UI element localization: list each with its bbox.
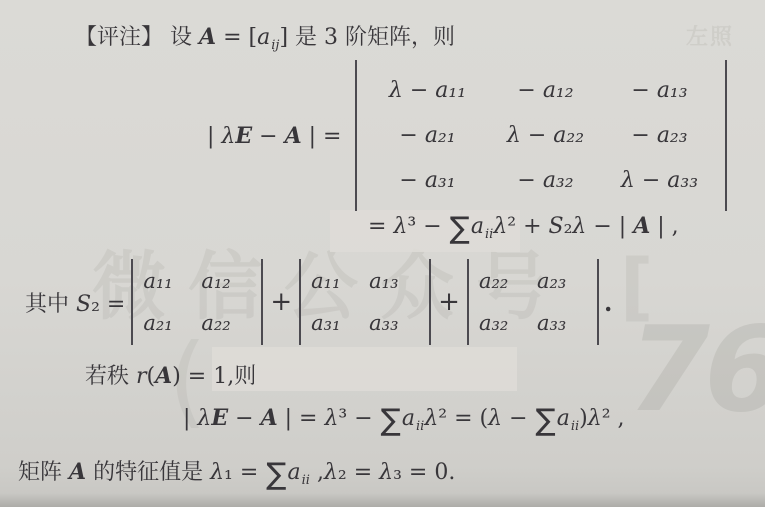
- char-poly-determinant-line: | λE − A | = λ − a₁₁ − a₁₂ − a₁₃ − a₂₁ λ…: [207, 60, 727, 211]
- s2-lhs: 其中 S₂ =: [25, 287, 125, 318]
- det-cell: − a₂₁: [399, 113, 455, 158]
- det-cell: − a₁₃: [631, 68, 687, 113]
- eigenvalues-line: 矩阵 A 的特征值是 λ₁ = ∑aii ,λ₂ = λ₃ = 0.: [18, 455, 455, 490]
- scanned-textbook-page: 左照 微信公众号 [ 76( ( 【评注】 设 A = [aij] 是 3 阶矩…: [0, 0, 765, 507]
- determinant-2x2: a₁₁ a₁₂ a₂₁ a₂₂: [131, 259, 263, 345]
- det-cell: a₂₂: [479, 269, 508, 293]
- det-cell: λ − a₂₂: [507, 113, 584, 158]
- det-cell: a₁₁: [143, 269, 172, 293]
- det-cell: a₃₃: [537, 311, 566, 335]
- det-cell: a₂₁: [143, 311, 172, 335]
- watermark-top-right: 左照: [686, 20, 734, 51]
- det-cell: a₂₂: [201, 311, 230, 335]
- plus-sign: +: [438, 287, 460, 317]
- det-cell: a₁₁: [311, 269, 340, 293]
- determinant-2x2: a₁₁ a₁₃ a₃₁ a₃₃: [299, 259, 431, 345]
- det-cell: − a₁₂: [517, 68, 573, 113]
- period: .: [604, 288, 612, 317]
- plus-sign: +: [270, 287, 292, 317]
- poly-expansion-line: = λ³ − ∑aiiλ² + S₂λ − | A | ,: [368, 213, 679, 244]
- determinant-2x2: a₂₂ a₂₃ a₃₂ a₃₃: [467, 259, 599, 345]
- det-cell: a₂₃: [537, 269, 566, 293]
- det-cell: a₁₂: [201, 269, 230, 293]
- factored-poly-line: | λE − A | = λ³ − ∑aiiλ² = (λ − ∑aii)λ² …: [183, 405, 625, 436]
- s2-definition-line: 其中 S₂ = a₁₁ a₁₂ a₂₁ a₂₂ + a₁₁ a₁₃ a₃₁ a₃…: [25, 259, 612, 345]
- watermark-digits: 76(: [628, 300, 765, 438]
- det-cell: a₃₂: [479, 311, 508, 335]
- rank-condition-line: 若秩 r(A) = 1,则: [85, 359, 256, 390]
- det-cell: λ − a₃₃: [621, 158, 698, 203]
- det-cell: a₁₃: [369, 269, 398, 293]
- scan-erased-patch: [212, 347, 517, 391]
- det-cell: − a₃₂: [517, 158, 573, 203]
- det-cell: a₃₃: [369, 311, 398, 335]
- scan-edge-shadow: [0, 493, 765, 507]
- remark-intro-line: 【评注】 设 A = [aij] 是 3 阶矩阵，则: [75, 20, 455, 53]
- det-cell: − a₃₁: [399, 158, 455, 203]
- det-equation-lhs: | λE − A | =: [207, 123, 341, 149]
- det-cell: − a₂₃: [631, 113, 687, 158]
- det-cell: λ − a₁₁: [389, 68, 466, 113]
- determinant-3x3: λ − a₁₁ − a₁₂ − a₁₃ − a₂₁ λ − a₂₂ − a₂₃ …: [355, 60, 727, 211]
- det-cell: a₃₁: [311, 311, 340, 335]
